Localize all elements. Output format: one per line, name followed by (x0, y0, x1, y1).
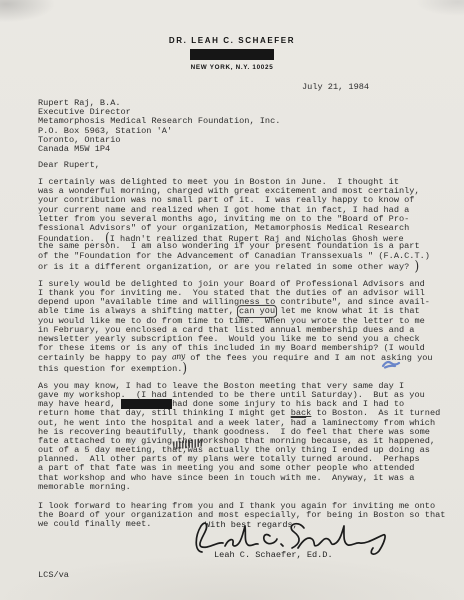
hand-paren-open: ( (105, 233, 110, 244)
text-segment: memorable morning. (38, 482, 131, 492)
text-segment: fessional Advisors" of your organization… (38, 223, 409, 233)
letterhead-city: NEW YORK, N.Y. 10025 (0, 64, 464, 71)
paragraph: As you may know, I had to leave the Bost… (38, 382, 460, 492)
letter-line: or is it a different organization, or ar… (38, 261, 460, 270)
salutation: Dear Rupert, (38, 161, 100, 170)
text-segment: certainly be happy to pay (38, 353, 172, 363)
text-segment: or is it a different organization, or ar… (38, 262, 414, 272)
hand-paren-close: ) (182, 363, 187, 374)
sender-typed-name: Leah C. Schaefer, Ed.D. (214, 551, 333, 560)
letter-line: for these items or is any of this includ… (38, 344, 460, 353)
letter-line: fessional Advisors" of your organization… (38, 224, 460, 233)
recipient-address: Rupert Raj, B.A. Executive Director Meta… (38, 99, 280, 154)
letter-line: of the "Foundation for the Advancement o… (38, 252, 460, 261)
letterhead-name: DR. LEAH C. SCHAEFER (0, 36, 464, 45)
hand-boxed-phrase: can you (239, 307, 275, 317)
letterhead-redaction-bar (190, 49, 274, 60)
typist-initials: LCS/va (38, 571, 69, 580)
text-segment: we could finally meet. (38, 519, 151, 529)
letter-line: memorable morning. (38, 483, 460, 492)
letter-page: DR. LEAH C. SCHAEFER NEW YORK, N.Y. 1002… (0, 0, 464, 600)
letter-date: July 21, 1984 (302, 83, 369, 92)
text-segment: for these items or is any of this includ… (38, 343, 425, 353)
text-segment: this question for exemption. (38, 364, 182, 374)
paragraph: I certainly was delighted to meet you in… (38, 178, 460, 270)
text-segment: of the "Foundation for the Advancement o… (38, 251, 430, 261)
hand-paren-close: ) (414, 261, 419, 272)
blue-pen-mark-icon (381, 358, 401, 370)
